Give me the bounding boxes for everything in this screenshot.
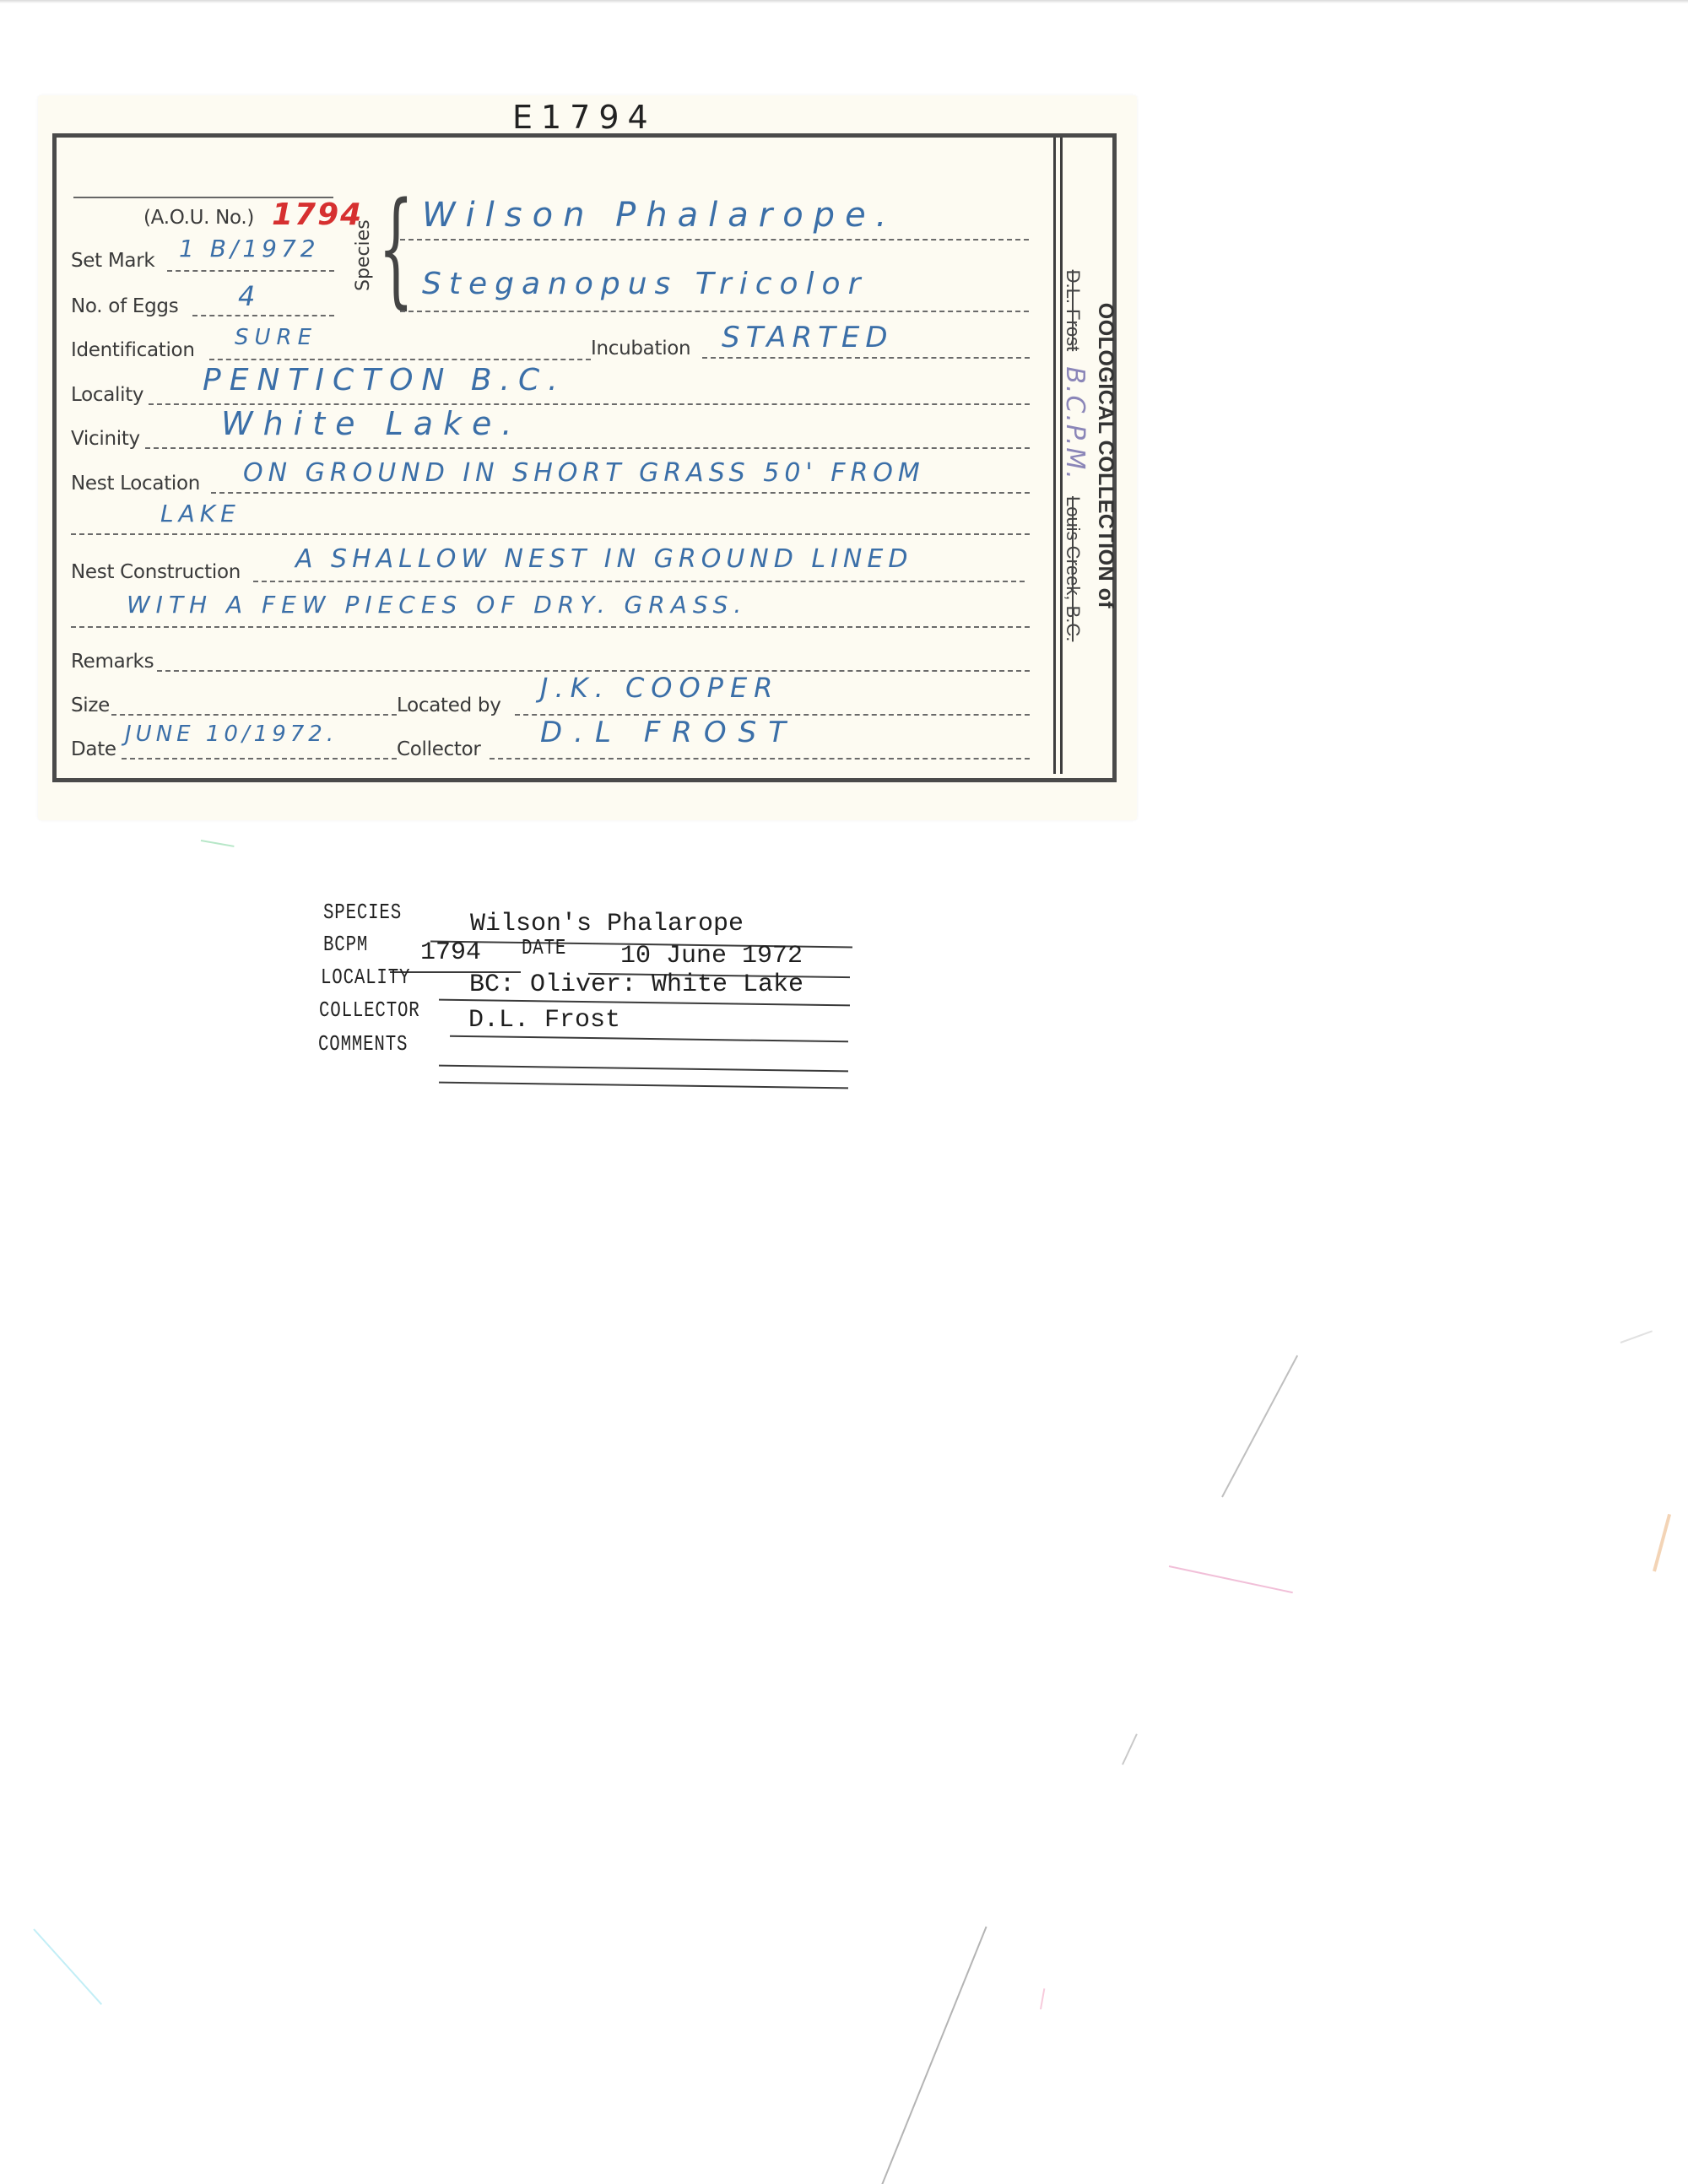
label-comments-line [439,1065,848,1073]
remarks-label: Remarks [71,651,154,673]
size-line [111,714,397,716]
catalog-number: E1794 [512,99,657,136]
scan-mark [1653,1514,1671,1572]
scan-mark [1620,1330,1653,1343]
nest-location-value-line2: LAKE [160,500,241,527]
label-species-label: SPECIES [323,900,402,925]
struck-place: Louis Creek, B.C. [1063,496,1084,641]
nest-construction-label: Nest Construction [71,561,241,583]
label-bcpm-value: 1794 [420,938,481,967]
aou-number-value: 1794 [272,197,363,232]
set-mark-line [167,270,334,272]
label-locality-label: LOCALITY [321,965,410,990]
nest-location-label: Nest Location [71,473,200,495]
size-label: Size [71,695,110,716]
date-line [122,758,397,760]
label-comments-line2 [439,1082,848,1089]
handwritten-institution: B.C.P.M. [1060,366,1090,481]
nest-location-value-line1: ON GROUND IN SHORT GRASS 50' FROM [243,458,925,488]
incubation-value: STARTED [722,321,894,354]
eggs-line [192,315,334,316]
vicinity-value: White Lake. [221,405,522,442]
nest-construction-line2 [71,626,1030,628]
species-brace: { [378,186,414,311]
vicinity-line [145,447,1030,449]
scan-mark [881,1927,987,2184]
species-common-name: Wilson Phalarope. [422,196,896,235]
eggs-value: 4 [238,280,261,312]
date-label: Date [71,738,116,760]
label-comments-label: COMMENTS [318,1031,408,1057]
species-label: Species [353,219,374,291]
scan-mark [201,840,235,847]
nest-location-line2 [71,533,1030,535]
label-collector-line [450,1035,848,1043]
collection-owner: D.L. Frost B.C.P.M. Louis Creek, B.C. [1060,270,1090,642]
label-collector-value: D.L. Frost [468,1006,620,1035]
nest-construction-value-line1: A SHALLOW NEST IN GROUND LINED [295,544,912,574]
scan-top-edge [0,0,1688,3]
label-collector-label: COLLECTOR [319,997,420,1023]
label-species-value: Wilson's Phalarope [470,910,744,938]
aou-label: (A.O.U. No.) [143,207,254,229]
label-date-value: 10 June 1972 [620,942,803,970]
locality-value: PENTICTON B.C. [203,363,566,397]
collection-side-panel: OOLOGICAL COLLECTION of D.L. Frost B.C.P… [1060,270,1117,642]
collection-title: OOLOGICAL COLLECTION of [1093,270,1117,642]
species-common-line [400,239,1029,241]
struck-collector-name: D.L. Frost [1063,270,1084,352]
identification-value: SURE [235,325,317,350]
located-by-value: J.K. COOPER [540,672,779,704]
scan-mark [1221,1355,1298,1498]
species-scientific-line [400,311,1029,312]
collector-label: Collector [397,738,481,760]
identification-line [209,359,591,360]
set-mark-value: 1 B/1972 [179,235,320,262]
label-locality-value: BC: Oliver: White Lake [469,970,803,999]
label-bcpm-label: BCPM [323,932,368,957]
eggs-label: No. of Eggs [71,295,178,317]
label-date-label: DATE [522,935,566,960]
nest-construction-value-line2: WITH A FEW PIECES OF DRY. GRASS. [127,591,747,619]
sidebar-divider [1053,138,1056,774]
nest-construction-line [253,581,1025,582]
locality-label: Locality [71,384,143,406]
scan-mark [1122,1733,1138,1765]
scan-mark [33,1928,102,2005]
species-scientific-name: Steganopus Tricolor [422,267,868,301]
nest-location-line [211,492,1030,494]
scan-mark [1040,1988,1045,2009]
date-value: JUNE 10/1972. [125,722,338,747]
scan-mark [1169,1565,1293,1593]
collector-line [490,758,1030,760]
set-mark-label: Set Mark [71,250,154,272]
incubation-label: Incubation [591,338,690,359]
incubation-line [702,357,1030,359]
identification-label: Identification [71,339,195,361]
vicinity-label: Vicinity [71,428,140,450]
located-by-label: Located by [397,695,501,716]
collector-value: D.L FROST [540,716,798,749]
